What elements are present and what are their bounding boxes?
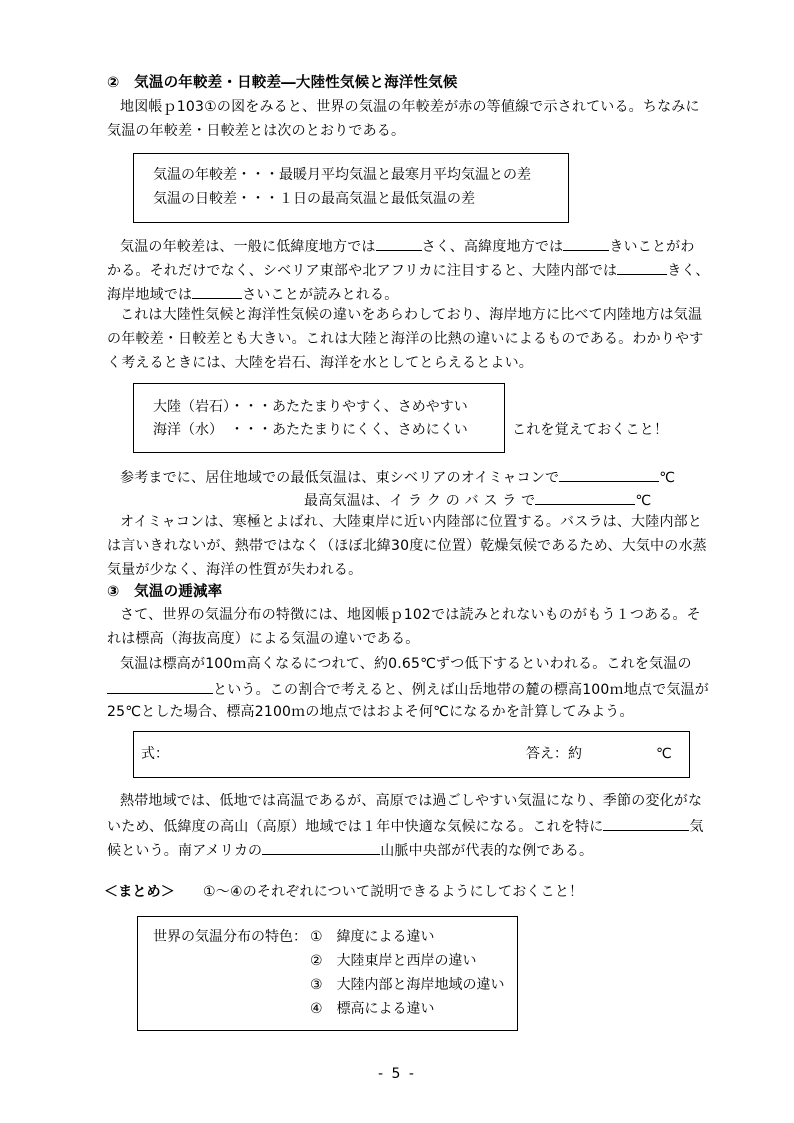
item-text: 緯度による違い bbox=[337, 929, 435, 945]
paragraph-line: オイミャコンは、寒極とよばれ、大陸東岸に近い内陸部に位置する。バスラは、大陸内部… bbox=[120, 512, 702, 532]
definition-box: 気温の年較差・・・最暖月平均気温と最寒月平均気温との差 気温の日較差・・・１日の… bbox=[133, 153, 569, 223]
item-number: ④ bbox=[310, 1001, 323, 1017]
summary-item: ①緯度による違い bbox=[310, 927, 435, 947]
analogy-box: 大陸（岩石）・・・あたたまりやすく、さめやすい 海洋（水） ・・・あたたまりにく… bbox=[133, 383, 505, 453]
answer-label: 答え：約 bbox=[526, 744, 582, 764]
summary-label: ＜まとめ＞ bbox=[104, 884, 175, 900]
reference-line-min: 参考までに、居住地域での最低気温は、東シベリアのオイミャコンで℃ bbox=[120, 466, 675, 488]
fill-in-blank-lapse-rate[interactable] bbox=[107, 678, 213, 694]
fill-in-blank[interactable] bbox=[192, 283, 242, 299]
paragraph-line: さて、世界の気温分布の特徴には、地図帳ｐ102では読みとれないものがもう１つある… bbox=[120, 605, 701, 625]
text-segment: さいことが読みとれる。 bbox=[242, 287, 398, 303]
summary-item: ③大陸内部と海岸地域の違い bbox=[310, 975, 505, 995]
fill-in-blank-mountains[interactable] bbox=[262, 839, 380, 855]
summary-box: 世界の気温分布の特色： ①緯度による違い ②大陸東岸と西岸の違い ③大陸内部と海… bbox=[137, 916, 518, 1031]
fill-in-blank[interactable] bbox=[617, 259, 667, 275]
text-segment: かる。それだけでなく、シベリア東部や北アフリカに注目すると、大陸内部では bbox=[107, 263, 617, 279]
text-segment: 海岸地域では bbox=[107, 287, 192, 303]
paragraph-line: 気温の年較差は、一般に低緯度地方ではさく、高緯度地方ではきいことがわ bbox=[120, 235, 695, 257]
paragraph-line: 候という。南アメリカの山脈中央部が代表的な例である。 bbox=[107, 839, 593, 861]
item-text: 大陸東岸と西岸の違い bbox=[337, 953, 477, 969]
formula-label: 式： bbox=[141, 744, 169, 764]
paragraph-line: 気温は標高が100ｍ高くなるにつれて、約0.65℃ずつ低下するといわれる。これを… bbox=[120, 654, 692, 674]
fill-in-blank[interactable] bbox=[376, 235, 422, 251]
fill-in-blank-climate[interactable] bbox=[603, 815, 689, 831]
page-number: - 5 - bbox=[0, 1066, 794, 1082]
paragraph-line: という。この割合で考えると、例えば山岳地帯の麓の標高100ｍ地点で気温が bbox=[107, 678, 709, 700]
text-segment: という。この割合で考えると、例えば山岳地帯の麓の標高100ｍ地点で気温が bbox=[213, 682, 709, 698]
fill-in-blank[interactable] bbox=[563, 235, 609, 251]
text-segment: きく、 bbox=[667, 263, 709, 279]
item-number: ① bbox=[310, 929, 323, 945]
paragraph-line: の年較差・日較差とも大きい。これは大陸と海洋の比熱の違いによるものである。わかり… bbox=[107, 329, 703, 349]
summary-line: ＜まとめ＞①～④のそれぞれについて説明できるようにしておくこと！ bbox=[104, 882, 583, 902]
celsius-unit: ℃ bbox=[635, 493, 651, 509]
definition-daily-range: 気温の日較差・・・１日の最高気温と最低気温の差 bbox=[153, 189, 475, 209]
section-heading-2: ② 気温の年較差・日較差―大陸性気候と海洋性気候 bbox=[107, 73, 458, 93]
summary-instruction: ①～④のそれぞれについて説明できるようにしておくこと！ bbox=[203, 884, 583, 900]
text-segment: 山脈中央部が代表的な例である。 bbox=[380, 843, 593, 859]
text-segment: 最高気温は、イ ラ ク の バ ス ラ で bbox=[304, 493, 535, 509]
paragraph-line: 25℃とした場合、標高2100ｍの地点ではおよそ何℃になるかを計算してみよう。 bbox=[107, 702, 634, 722]
summary-item: ④標高による違い bbox=[310, 999, 435, 1019]
item-number: ② bbox=[310, 953, 323, 969]
text-segment: 候という。南アメリカの bbox=[107, 843, 262, 859]
fill-in-blank-min-temp[interactable] bbox=[559, 466, 659, 482]
section-heading-3: ③ 気温の逓減率 bbox=[107, 582, 222, 602]
paragraph-line: 気量が少なく、海洋の性質が失われる。 bbox=[107, 560, 362, 580]
intro-text-line-1: 地図帳ｐ103①の図をみると、世界の気温の年較差が赤の等値線で示されている。ちな… bbox=[120, 97, 700, 117]
analogy-continent: 大陸（岩石）・・・あたたまりやすく、さめやすい bbox=[153, 397, 468, 417]
celsius-unit: ℃ bbox=[659, 470, 675, 486]
summary-box-title: 世界の気温分布の特色： bbox=[153, 927, 307, 947]
paragraph-line: れは標高（海抜高度）による気温の違いである。 bbox=[107, 629, 419, 649]
formula-box: 式： 答え：約 ℃ bbox=[133, 731, 690, 778]
text-segment: いため、低緯度の高山（高原）地域では１年中快適な気候になる。これを特に bbox=[107, 819, 603, 835]
text-segment: さく、高緯度地方では bbox=[422, 239, 564, 255]
summary-item: ②大陸東岸と西岸の違い bbox=[310, 951, 477, 971]
item-text: 標高による違い bbox=[337, 1001, 435, 1017]
analogy-note: これを覚えておくこと！ bbox=[512, 420, 668, 440]
text-segment: 気温の年較差は、一般に低緯度地方では bbox=[120, 239, 376, 255]
text-segment: 気 bbox=[689, 819, 703, 835]
text-segment: 参考までに、居住地域での最低気温は、東シベリアのオイミャコンで bbox=[120, 470, 559, 486]
intro-text-line-2: 気温の年較差・日較差とは次のとおりである。 bbox=[107, 121, 405, 141]
paragraph-line: は言いきれないが、熱帯ではなく（ほぼ北緯30度に位置）乾燥気候であるため、大気中… bbox=[107, 536, 707, 556]
paragraph-line: 熱帯地域では、低地では高温であるが、高原では過ごしやすい気温になり、季節の変化が… bbox=[120, 791, 702, 811]
item-text: 大陸内部と海岸地域の違い bbox=[337, 977, 505, 993]
item-number: ③ bbox=[310, 977, 323, 993]
definition-annual-range: 気温の年較差・・・最暖月平均気温と最寒月平均気温との差 bbox=[153, 165, 531, 185]
paragraph-line: これは大陸性気候と海洋性気候の違いをあらわしており、海岸地方に比べて内陸地方は気… bbox=[120, 305, 702, 325]
fill-in-blank-max-temp[interactable] bbox=[535, 489, 635, 505]
analogy-ocean: 海洋（水） ・・・あたたまりにくく、さめにくい bbox=[153, 420, 468, 440]
answer-unit: ℃ bbox=[656, 744, 672, 764]
paragraph-line: いため、低緯度の高山（高原）地域では１年中快適な気候になる。これを特に気 bbox=[107, 815, 704, 837]
paragraph-line: く考えるときには、大陸を岩石、海洋を水としてとらえるとよい。 bbox=[107, 353, 533, 373]
paragraph-line: かる。それだけでなく、シベリア東部や北アフリカに注目すると、大陸内部ではきく、 bbox=[107, 259, 710, 281]
paragraph-line: 海岸地域ではさいことが読みとれる。 bbox=[107, 283, 398, 305]
text-segment: きいことがわ bbox=[609, 239, 694, 255]
reference-line-max: 最高気温は、イ ラ ク の バ ス ラ で℃ bbox=[304, 489, 651, 511]
